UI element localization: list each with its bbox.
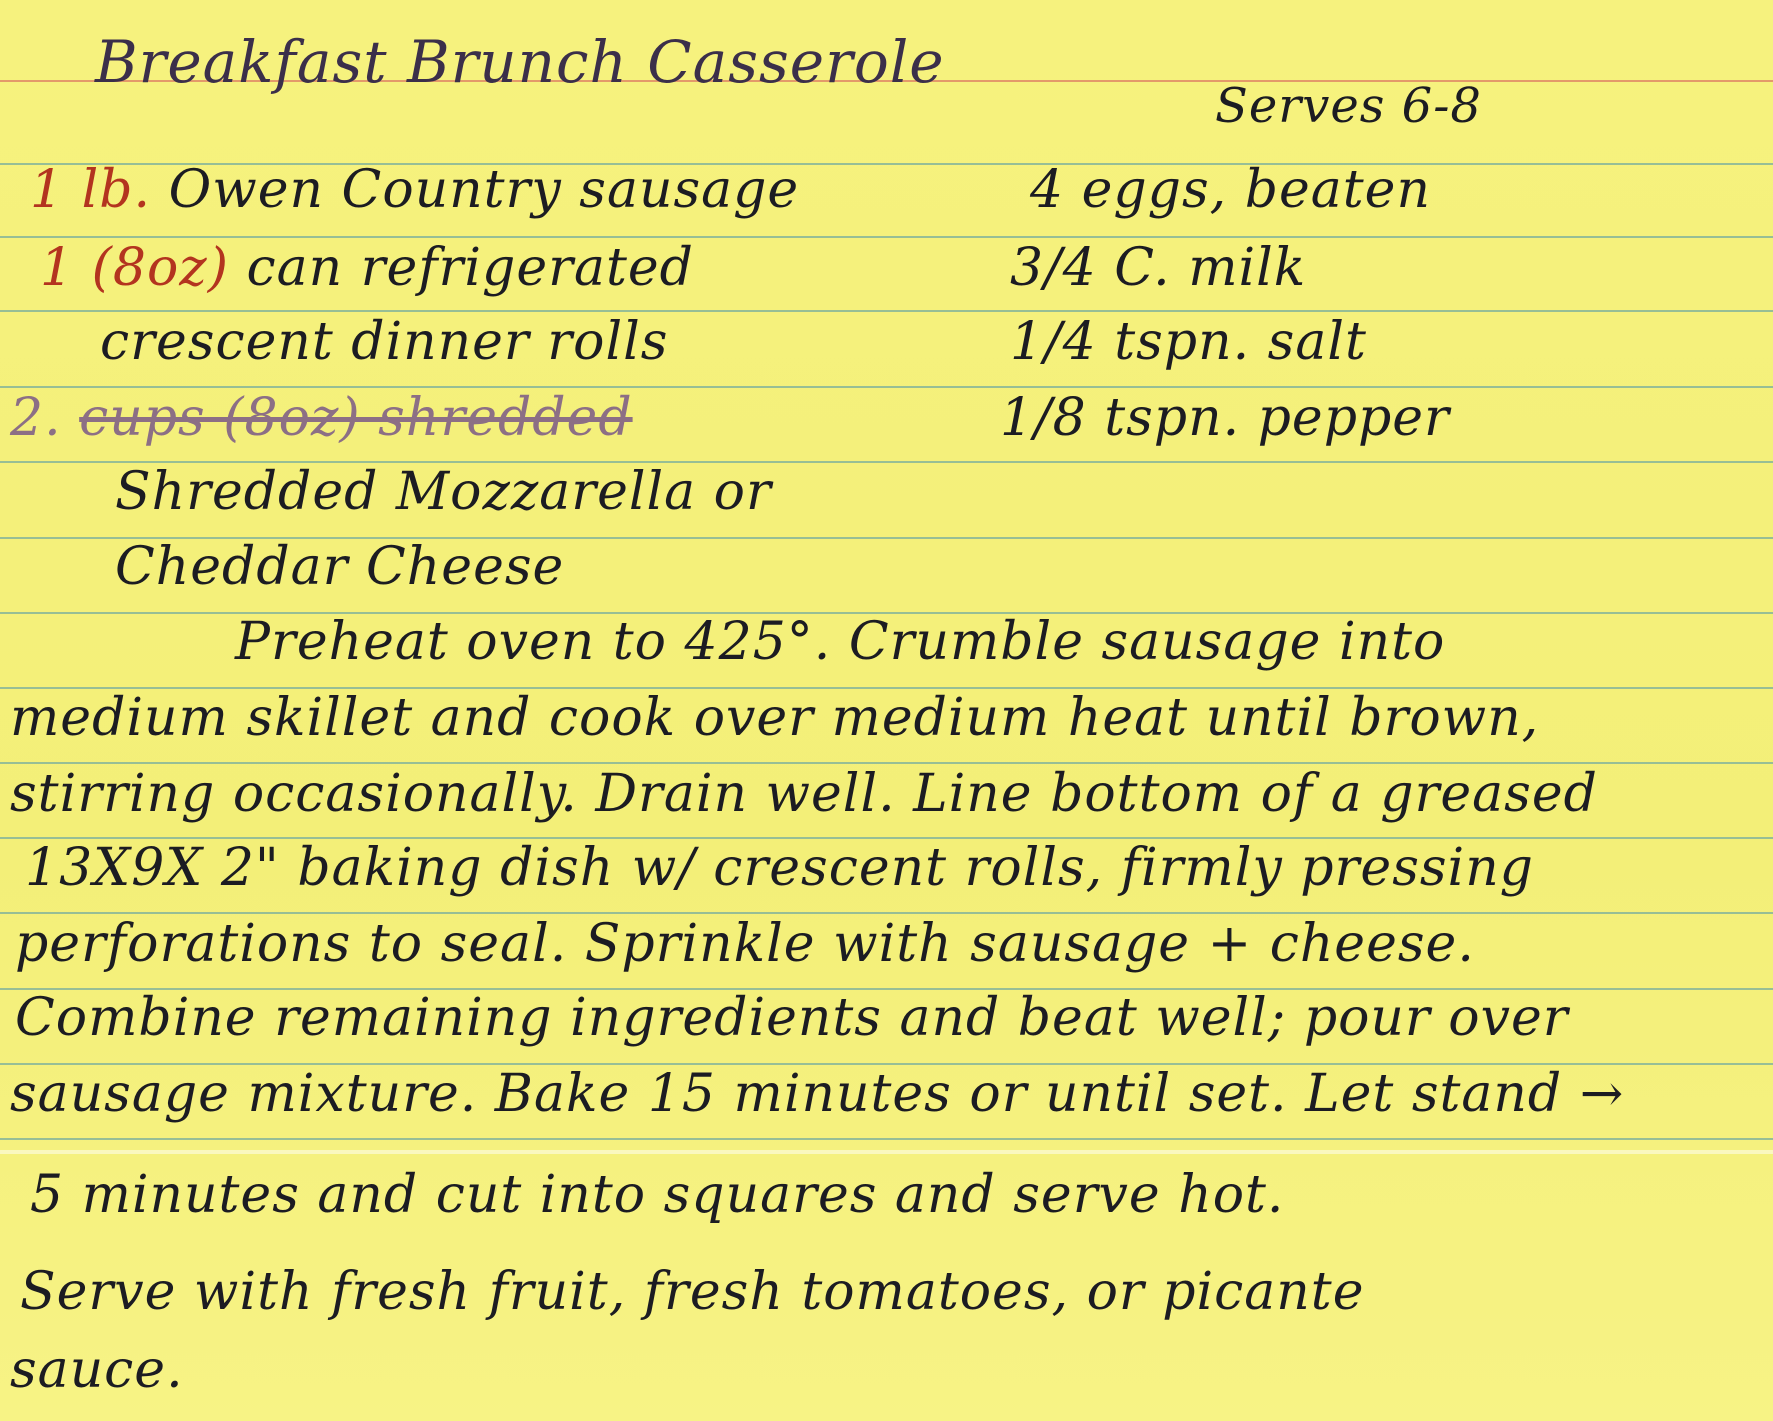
serves-count: Serves 6-8 bbox=[1215, 78, 1482, 134]
ingredient-text: cups (8oz) shredded bbox=[79, 388, 632, 448]
ingredient-qty: 1 lb. bbox=[30, 160, 151, 220]
direction-line: sauce. bbox=[10, 1340, 184, 1400]
ingredient-item: 1 (8oz) can refrigerated bbox=[40, 238, 694, 298]
ingredient-qty: 1 (8oz) bbox=[40, 238, 229, 298]
recipe-title: Breakfast Brunch Casserole bbox=[95, 28, 945, 96]
ingredient-item: 1 lb. Owen Country sausage bbox=[30, 160, 799, 220]
ingredient-qty: 2. bbox=[10, 388, 62, 448]
direction-line: Combine remaining ingredients and beat w… bbox=[15, 988, 1569, 1048]
ingredient-item: Cheddar Cheese bbox=[115, 537, 564, 597]
ingredient-text: can refrigerated bbox=[247, 238, 694, 298]
ingredient-item: 4 eggs, beaten bbox=[1030, 160, 1431, 220]
direction-line: perforations to seal. Sprinkle with saus… bbox=[15, 914, 1475, 974]
direction-line: sausage mixture. Bake 15 minutes or unti… bbox=[10, 1064, 1624, 1124]
direction-line: 5 minutes and cut into squares and serve… bbox=[30, 1165, 1284, 1225]
direction-line: 13X9X 2" baking dish w/ crescent rolls, … bbox=[25, 838, 1534, 898]
ingredient-item: 3/4 C. milk bbox=[1010, 238, 1306, 298]
ingredient-item: crescent dinner rolls bbox=[100, 312, 668, 372]
ingredient-text: Owen Country sausage bbox=[169, 160, 800, 220]
direction-line: stirring occasionally. Drain well. Line … bbox=[10, 764, 1598, 824]
ingredient-item: 2. cups (8oz) shredded bbox=[10, 388, 633, 448]
direction-line: Preheat oven to 425°. Crumble sausage in… bbox=[235, 612, 1445, 672]
direction-line: medium skillet and cook over medium heat… bbox=[10, 688, 1539, 748]
ingredient-item: Shredded Mozzarella or bbox=[115, 462, 772, 522]
ruled-line bbox=[0, 1138, 1773, 1140]
ingredient-item: 1/8 tspn. pepper bbox=[1000, 388, 1450, 448]
direction-line: Serve with fresh fruit, fresh tomatoes, … bbox=[20, 1262, 1364, 1322]
ingredient-item: 1/4 tspn. salt bbox=[1010, 312, 1367, 372]
recipe-card: Breakfast Brunch Casserole Serves 6-8 1 … bbox=[0, 0, 1773, 1421]
